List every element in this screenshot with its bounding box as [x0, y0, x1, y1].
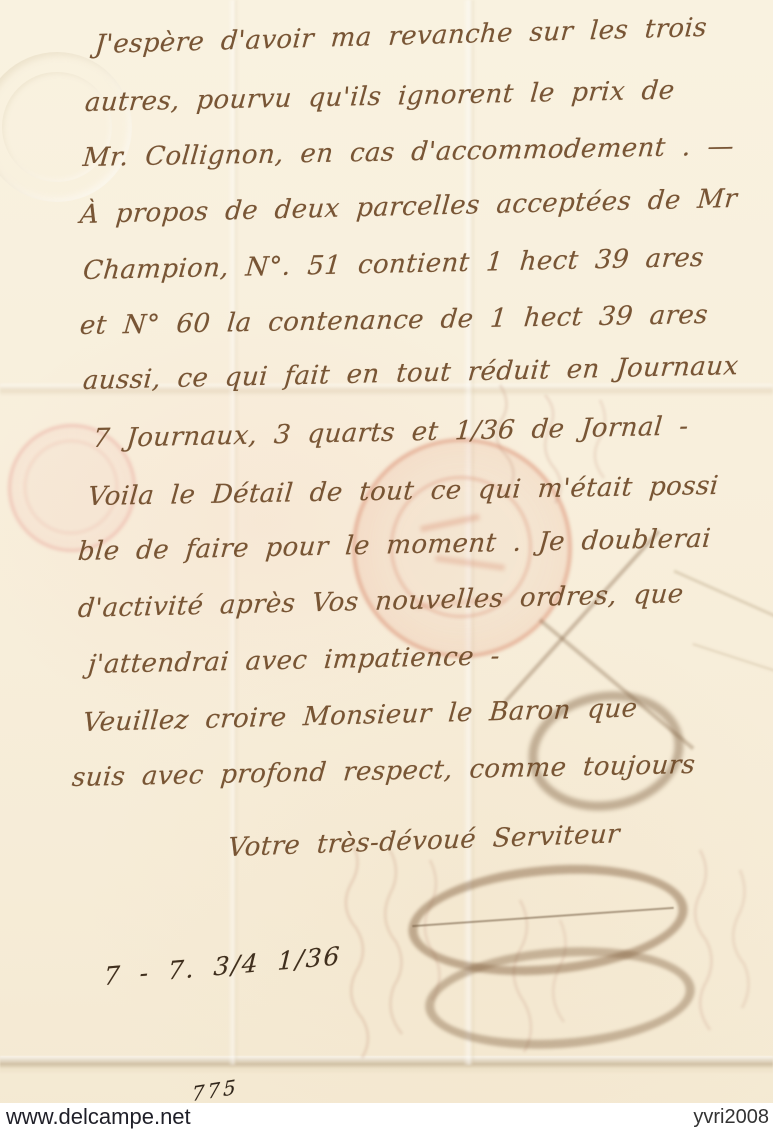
handwritten-line: À propos de deux parcelles acceptées de …	[79, 184, 739, 230]
handwritten-line: Voila le Détail de tout ce qui m'était p…	[87, 471, 720, 512]
signature-paraph-ellipse-bottom	[422, 939, 698, 1058]
handwritten-line: d'activité après Vos nouvelles ordres, q…	[77, 579, 685, 624]
edge-crease-right-2	[692, 643, 773, 679]
handwritten-line: ble de faire pour le moment . Je doubler…	[77, 524, 712, 567]
signature-paraph-ellipse-top	[404, 854, 692, 986]
handwritten-line: suis avec profond respect, comme toujour…	[71, 750, 697, 793]
edge-crease-right	[673, 570, 773, 630]
handwritten-line: j'attendrai avec impatience -	[87, 641, 501, 680]
rate-mark-3-stroke-2	[539, 618, 695, 750]
handwritten-line: 7 Journaux, 3 quarts et 1/36 de Jornal -	[92, 411, 690, 454]
watermark-delcampe: www.delcampe.net	[6, 1104, 191, 1130]
handwritten-closing-line: Votre très-dévoué Serviteur	[227, 819, 621, 863]
handwritten-line: Veuillez croire Monsieur le Baron que	[82, 693, 639, 738]
handwritten-line: autres, pourvu qu'ils ignorent le prix d…	[84, 76, 676, 118]
handwritten-line: aussi, ce qui fait en tout réduit en Jou…	[82, 351, 740, 396]
handwritten-line: Champion, N°. 51 contient 1 hect 39 ares	[82, 243, 705, 286]
handwritten-line: et N° 60 la contenance de 1 hect 39 ares	[79, 300, 710, 341]
fold-crease-horizontal-lower	[0, 1056, 773, 1074]
watermark-seller-id: yvri2008	[693, 1106, 769, 1129]
docket-notation: 7 - 7. 3/4 1/36	[103, 941, 342, 991]
embossed-seal	[0, 52, 132, 202]
handwritten-line: Mr. Collignon, en cas d'accommodement . …	[82, 132, 736, 173]
handwritten-line: J'espère d'avoir ma revanche sur les tro…	[94, 13, 708, 60]
signature-paraph-line	[412, 907, 674, 927]
page-number: 775	[192, 1074, 239, 1106]
letter-scan: J'espère d'avoir ma revanche sur les tro…	[0, 0, 773, 1133]
